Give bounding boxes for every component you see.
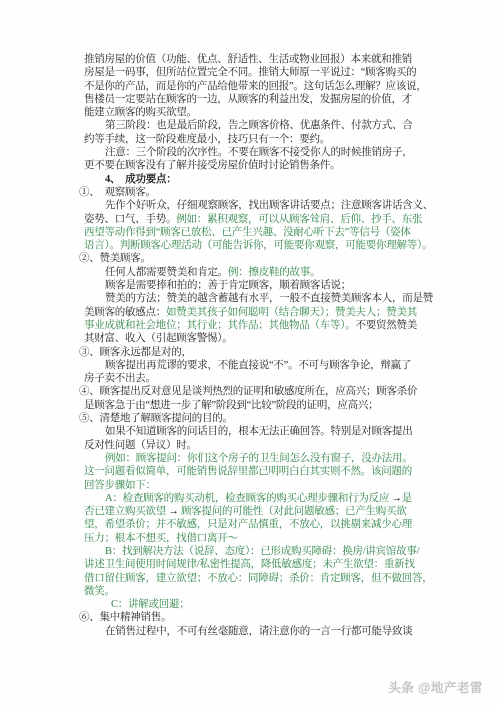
text-segment: 反对性问题（异议）时。 [84,440,197,451]
text-line: ④、顾客提出反对意见是谈判热烈的证明和敏感度所在，应高兴；顾客杀价 [79,385,430,398]
document-content: 推销房屋的价值（功能、优点、舒适性、生活或物业回报）本来就和推销房屋是一码事，但… [84,53,430,638]
text-line: 事业成就和社会地位；其行业；其作品；其他物品（车等）。不要贸然赞美 [84,319,430,332]
text-line: 顾客提出再荒谬的要求，不能直接说“不”。不可与顾客争论，辩赢了 [84,359,430,372]
arrow-icon: → [391,493,401,504]
text-segment: ⑤、清楚地了解顾客提问的目的。 [79,413,233,424]
text-line: 4、 成功要点： [84,173,430,186]
text-segment: 美顾客的敏感点： [84,307,166,318]
text-segment: 如果不知道顾客的问话目的，根本无法正确回答。特别是对顾客提出 [105,426,413,437]
text-segment: 顾客是需要捧和拍的；善于肯定顾客，顺着顾客话说； [105,280,351,291]
text-line: 售楼员一定要站在顾客的一边，从顾客的利益出发，发掘房屋的价值，才 [84,93,430,106]
text-line: ①、 观察顾客。 [79,186,430,199]
text-segment: 是 [402,493,412,504]
text-segment: 否已建立购买欲望 [84,506,168,517]
text-line: 任何人都需要赞美和肯定。例：擦皮鞋的故事。 [84,266,430,279]
text-segment: ⑥、集中精神销售。 [79,612,171,623]
text-segment: 顾客提问的可能性（对此问题敏感；已产生购买欲 [179,506,407,517]
text-line: 第三阶段：也是最后阶段，告之顾客价格、优惠条件、付款方式、合 [84,119,430,132]
text-segment: 任何人都需要赞美和肯定。 [105,267,228,278]
text-line: ③、顾客永远都是对的， [79,346,430,359]
text-segment: 先作个好听众，仔细观察顾客，找出顾客讲话要点；注意顾客讲话含义、 [105,200,433,211]
text-segment: 事业成就和社会地位；其行业；其作品；其他物品（车等）。 [84,320,356,331]
text-segment: 约等手续，这一阶段难度最小，技巧只有一个：要约。 [84,134,330,145]
text-line: 反对性问题（异议）时。 [84,439,430,452]
text-segment: ③、顾客永远都是对的， [79,347,192,358]
text-segment: 能建立顾客的购买欲望。 [84,107,197,118]
text-line: 姿势、口气、手势。例如：累积观察，可以从顾客耸肩、后仰、抄手、东张 [84,213,430,226]
text-line: 回答步骤如下： [84,479,430,492]
text-line: 西望等动作得到“顾客已放松、已产生兴趣、没耐心听下去”等信号（姿体 [84,226,430,239]
text-segment: B：找到解决方法（说辞、态度）：已形成购买障碍：换房/讲宾馆故事/ [105,546,419,557]
text-line: A：检查顾客的购买动机，检查顾客的购买心理步骤和行为反应 →是 [84,492,430,505]
text-segment: 赞美的方法；赞美的越含蓄越有水平，一般不直接赞美顾客本人，而是赞 [105,293,433,304]
text-segment: 房屋是一码事，但所站位置完全不同。推销大师原一平说过：“顾客购买的 [84,67,416,78]
text-line: 在销售过程中，不可有丝毫随意，请注意你的一言一行都可能导致谈 [84,625,430,638]
text-line: 先作个好听众，仔细观察顾客，找出顾客讲话要点；注意顾客讲话含义、 [84,199,430,212]
text-segment: ①、 观察顾客。 [79,187,156,198]
watermark: 头条 @地产老雷 [388,678,483,696]
text-segment: 如赞美其孩子如何聪明（结合聊天）；赞美夫人；赞美其 [166,307,417,318]
text-segment: 4、 成功要点： [105,174,177,185]
text-line: 否已建立购买欲望 → 顾客提问的可能性（对此问题敏感；已产生购买欲 [84,505,430,518]
text-segment: 例如：顾客提问：你们这个房子的卫生间怎么没有窗子，没办法用。 [105,453,413,464]
text-line: 这一问题看似简单，可能销售说辞里都已明明白白其实则不然。该问题的 [84,465,430,478]
text-line: ⑤、清楚地了解顾客提问的目的。 [79,412,430,425]
text-segment: 第三阶段：也是最后阶段，告之顾客价格、优惠条件、付款方式、合 [105,120,413,131]
text-line: 望，希望杀价；并不敏感，只是对产品慎重，不放心，以挑剔来减少心理 [84,518,430,531]
text-segment: C：讲解或回避； [111,599,190,610]
text-line: ②、赞美顾客。 [79,252,430,265]
text-line: 顾客是需要捧和拍的；善于肯定顾客，顺着顾客话说； [84,279,430,292]
text-line: 赞美的方法；赞美的越含蓄越有水平，一般不直接赞美顾客本人，而是赞 [84,292,430,305]
text-line: 讲述卫生间使用时间规律/私密性提高，降低敏感度；未产生欲望：重新找 [84,558,430,571]
text-line: 不是你的产品，而是你的产品给他带来的回报”。这句话怎么理解？应该说， [84,80,430,93]
text-line: 房屋是一码事，但所站位置完全不同。推销大师原一平说过：“顾客购买的 [84,66,430,79]
text-line: 美顾客的敏感点：如赞美其孩子如何聪明（结合聊天）；赞美夫人；赞美其 [84,306,430,319]
text-segment: 顾客提出再荒谬的要求，不能直接说“不”。不可与顾客争论，辩赢了 [105,360,411,371]
text-segment: 姿势、口气、手势。 [84,214,176,225]
text-line: 注意：三个阶段的次序性。不要在顾客不接受你人的时候推销房子， [84,146,430,159]
text-segment: 这一问题看似简单，可能销售说辞里都已明明白白其实则不然。该问题的 [84,466,412,477]
text-line: 约等手续，这一阶段难度最小，技巧只有一个：要约。 [84,133,430,146]
text-line: 房子卖不出去。 [84,372,430,385]
text-line: 是顾客急于由“想进一步了解”阶段到“比较”阶段的证明，应高兴； [84,399,430,412]
text-segment: 不要贸然赞美 [356,320,418,331]
text-line: C：讲解或回避； [84,598,430,611]
text-line: 语言）。判断顾客心理活动（可能告诉你，可能要你观察，可能要你理解等）。 [84,239,430,252]
text-segment: 更不要在顾客没有了解并接受房屋价值时讨论销售条件。 [84,160,340,171]
text-line: 压力；根本不想买，找借口离开～ [84,532,430,545]
text-line: 更不要在顾客没有了解并接受房屋价值时讨论销售条件。 [84,159,430,172]
text-segment: ④、顾客提出反对意见是谈判热烈的证明和敏感度所在，应高兴；顾客杀价 [79,386,417,397]
document-page: 推销房屋的价值（功能、优点、舒适性、生活或物业回报）本来就和推销房屋是一码事，但… [0,0,500,707]
text-segment: 语言）。判断顾客心理活动（可能告诉你，可能要你观察，可能要你理解等）。 [84,240,432,251]
text-segment: 例：擦皮鞋的故事。 [228,267,320,278]
text-line: 例如：顾客提问：你们这个房子的卫生间怎么没有窗子，没办法用。 [84,452,430,465]
text-segment: 借口留住顾客，建立欲望；不放心：同障碍；杀价：肯定顾客，但不做回答， [84,573,433,584]
text-segment: 在销售过程中，不可有丝毫随意，请注意你的一言一行都可能导致谈 [105,626,413,637]
text-line: 其财富、收入（引起顾客警惕）。 [84,332,430,345]
text-segment: ②、赞美顾客。 [79,253,151,264]
text-line: ⑥、集中精神销售。 [79,611,430,624]
text-line: 如果不知道顾客的问话目的，根本无法正确回答。特别是对顾客提出 [84,425,430,438]
text-segment: 讲述卫生间使用时间规律/私密性提高，降低敏感度；未产生欲望：重新找 [84,559,415,570]
text-segment: 微笑。 [84,586,115,597]
text-segment: 回答步骤如下： [84,480,156,491]
text-segment: 注意：三个阶段的次序性。不要在顾客不接受你人的时候推销房子， [105,147,413,158]
text-segment: 其财富、收入（引起顾客警惕）。 [84,333,233,344]
text-line: 能建立顾客的购买欲望。 [84,106,430,119]
text-segment: 压力；根本不想买，找借口离开～ [84,533,238,544]
text-segment: 不是你的产品，而是你的产品给他带来的回报”。这句话怎么理解？应该说， [84,81,427,92]
arrow-icon: → [168,506,178,517]
text-line: 借口留住顾客，建立欲望；不放心：同障碍；杀价：肯定顾客，但不做回答， [84,572,430,585]
text-segment: 房子卖不出去。 [84,373,156,384]
text-segment: 望，希望杀价；并不敏感，只是对产品慎重，不放心，以挑剔来减少心理 [84,519,412,530]
text-segment: 西望等动作得到“顾客已放松、已产生兴趣、没耐心听下去”等信号（姿体 [84,227,411,238]
text-line: 微笑。 [84,585,430,598]
text-segment: 是顾客急于由“想进一步了解”阶段到“比较”阶段的证明，应高兴； [84,400,378,411]
text-line: 推销房屋的价值（功能、优点、舒适性、生活或物业回报）本来就和推销 [84,53,430,66]
text-segment: 例如：累积观察，可以从顾客耸肩、后仰、抄手、东张 [176,214,422,225]
text-segment: 售楼员一定要站在顾客的一边，从顾客的利益出发，发掘房屋的价值，才 [84,94,412,105]
text-segment: A：检查顾客的购买动机，检查顾客的购买心理步骤和行为反应 [105,493,391,504]
text-segment: 推销房屋的价值（功能、优点、舒适性、生活或物业回报）本来就和推销 [84,54,412,65]
text-line: B：找到解决方法（说辞、态度）：已形成购买障碍：换房/讲宾馆故事/ [84,545,430,558]
